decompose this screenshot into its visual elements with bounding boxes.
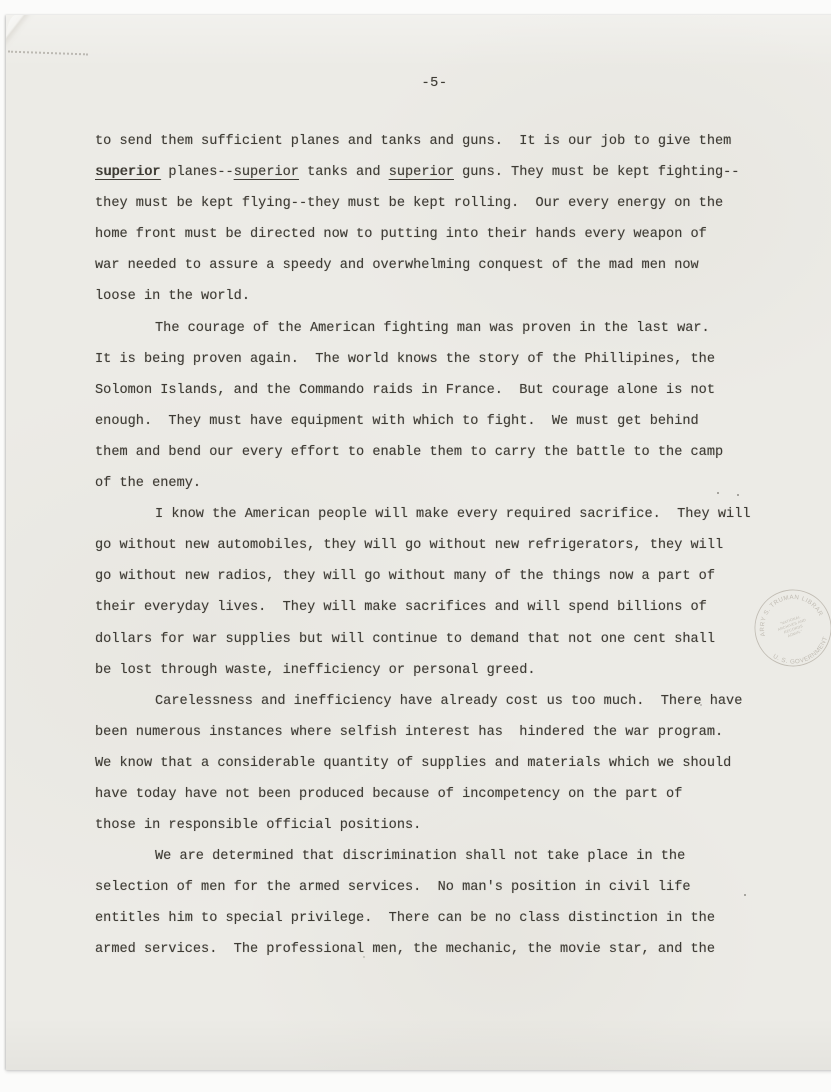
text-line: home front must be directed now to putti… — [95, 219, 771, 250]
text-line: The courage of the American fighting man… — [95, 313, 771, 344]
text-line: loose in the world. — [95, 281, 771, 312]
text-line: be lost through waste, inefficiency or p… — [95, 655, 771, 686]
paper-speck — [737, 494, 739, 496]
svg-text:U. S. GOVERNMENT: U. S. GOVERNMENT — [770, 634, 831, 674]
text-line: they must be kept flying--they must be k… — [95, 188, 771, 219]
page-number: -5- — [6, 76, 831, 91]
document-page: -5- to send them sufficient planes and t… — [6, 15, 831, 1070]
text-line: to send them sufficient planes and tanks… — [95, 126, 771, 157]
paper-speck — [744, 894, 746, 896]
text-line: dollars for war supplies but will contin… — [95, 624, 771, 655]
text-line: have today have not been produced becaus… — [95, 779, 771, 810]
text-line: I know the American people will make eve… — [95, 499, 771, 530]
text-line: them and bend our every effort to enable… — [95, 437, 771, 468]
page-fold — [6, 15, 72, 127]
document-text: to send them sufficient planes and tanks… — [95, 126, 771, 966]
text-line: superior planes--superior tanks and supe… — [95, 157, 771, 188]
text-line: of the enemy. — [95, 468, 771, 499]
text-line: go without new radios, they will go with… — [95, 561, 771, 592]
text-line: Carelessness and inefficiency have alrea… — [95, 686, 771, 717]
text-line: armed services. The professional men, th… — [95, 934, 771, 965]
text-line: those in responsible official positions. — [95, 810, 771, 841]
text-line: been numerous instances where selfish in… — [95, 717, 771, 748]
text-line: We know that a considerable quantity of … — [95, 748, 771, 779]
paper-speck — [700, 704, 702, 706]
text-line: enough. They must have equipment with wh… — [95, 406, 771, 437]
text-line: go without new automobiles, they will go… — [95, 530, 771, 561]
stamp-arc-bottom-text: U. S. GOVERNMENT — [770, 634, 831, 674]
text-line: selection of men for the armed services.… — [95, 872, 771, 903]
text-line: entitles him to special privilege. There… — [95, 903, 771, 934]
archive-stamp-icon: HARRY S. TRUMAN LIBRARY U. S. GOVERNMENT… — [743, 578, 831, 678]
scan-background: -5- to send them sufficient planes and t… — [0, 0, 831, 1092]
paper-speck — [363, 956, 365, 958]
text-line: Solomon Islands, and the Commando raids … — [95, 375, 771, 406]
text-line: We are determined that discrimination sh… — [95, 841, 771, 872]
text-line: It is being proven again. The world know… — [95, 344, 771, 375]
text-line: their everyday lives. They will make sac… — [95, 592, 771, 623]
text-line: war needed to assure a speedy and overwh… — [95, 250, 771, 281]
paper-speck — [717, 492, 719, 494]
